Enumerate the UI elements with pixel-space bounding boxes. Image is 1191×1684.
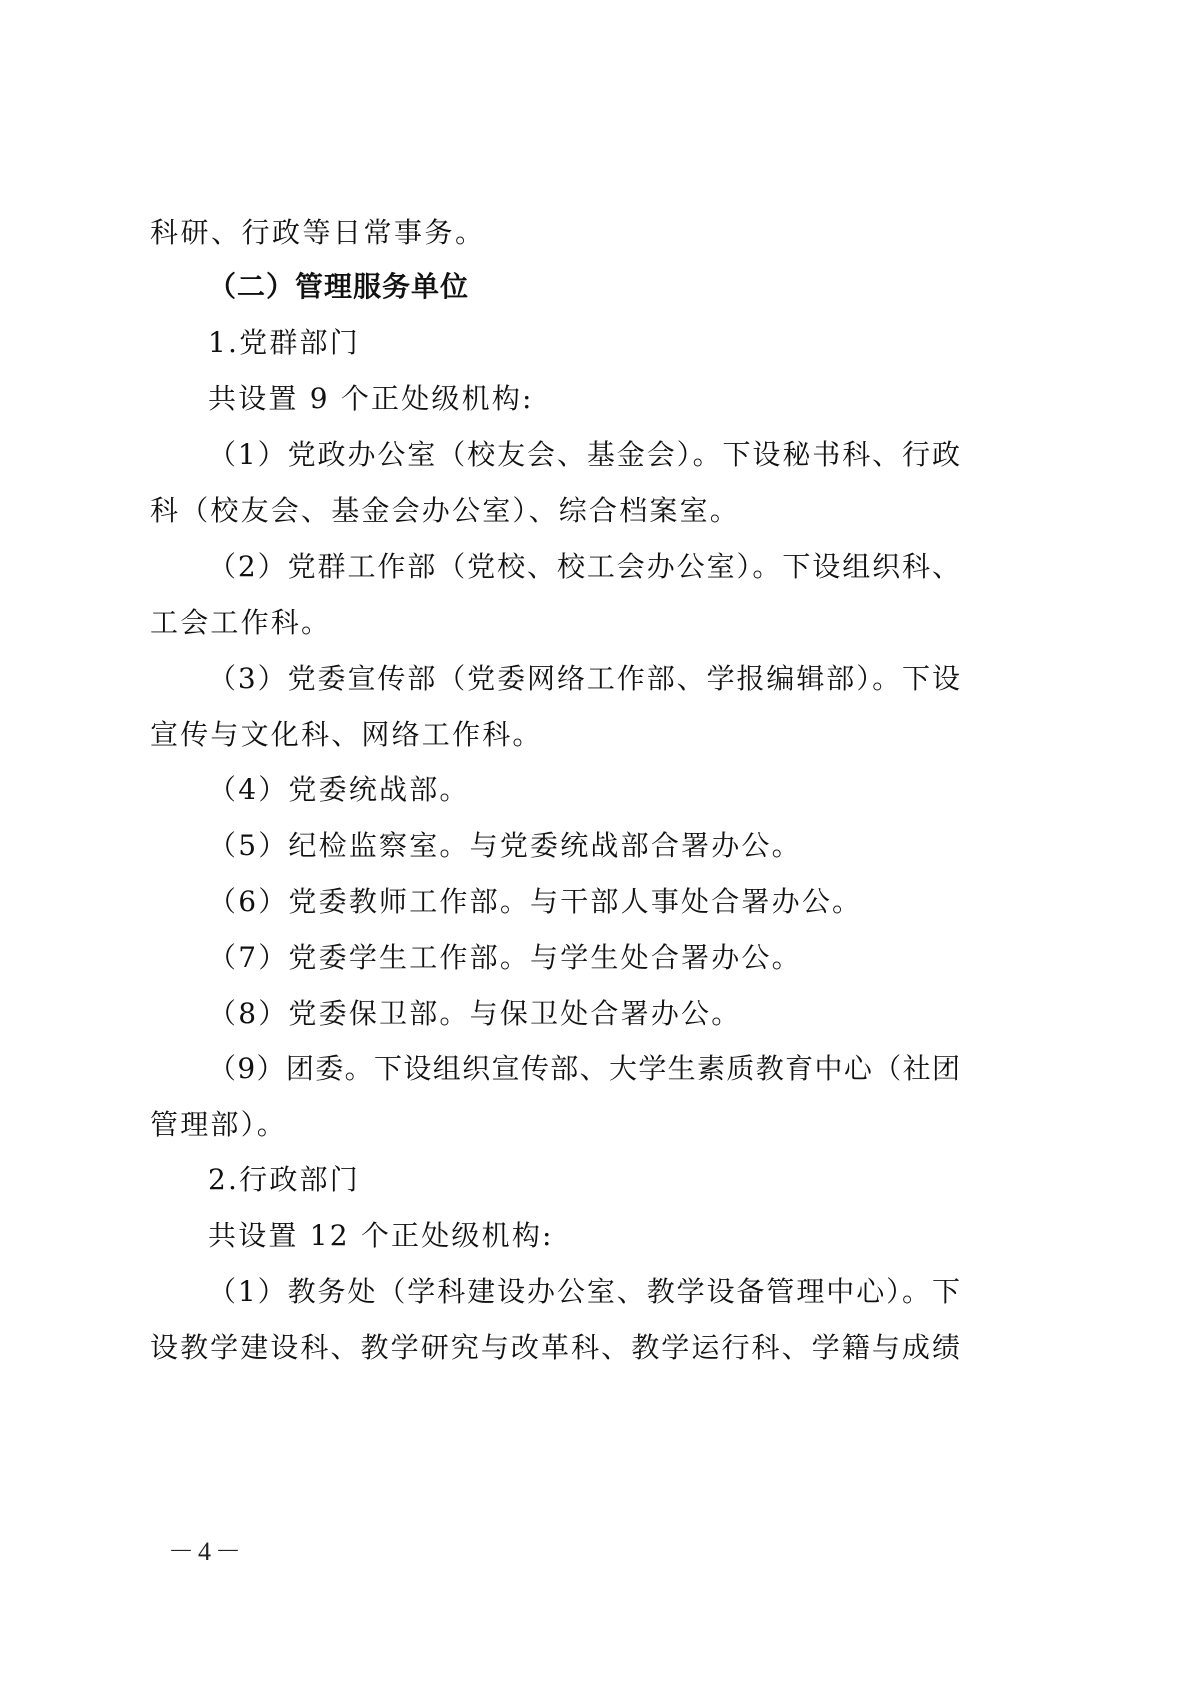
list-item-7: （7）党委学生工作部。与学生处合署办公。 (208, 938, 960, 978)
paragraph-admin-count: 共设置 12 个正处级机构: (208, 1216, 960, 1256)
list-item-6: （6）党委教师工作部。与干部人事处合署办公。 (208, 882, 960, 922)
list-item-2-line-1: （2）党群工作部（党校、校工会办公室）。下设组织科、 (208, 547, 960, 587)
admin-list-item-1-line-2: 设教学建设科、教学研究与改革科、教学运行科、学籍与成绩 (150, 1328, 960, 1368)
list-item-9-line-2: 管理部）。 (150, 1105, 960, 1145)
list-item-8: （8）党委保卫部。与保卫处合署办公。 (208, 994, 960, 1034)
list-item-1-line-1: （1）党政办公室（校友会、基金会）。下设秘书科、行政 (208, 435, 960, 475)
subsection-heading-admin-departments: 2.行政部门 (208, 1160, 960, 1200)
list-item-4: （4）党委统战部。 (208, 770, 960, 810)
list-item-2-line-2: 工会工作科。 (150, 603, 960, 643)
list-item-9-line-1: （9）团委。下设组织宣传部、大学生素质教育中心（社团 (208, 1049, 960, 1089)
list-item-5: （5）纪检监察室。与党委统战部合署办公。 (208, 826, 960, 866)
list-item-3-line-1: （3）党委宣传部（党委网络工作部、学报编辑部）。下设 (208, 659, 960, 699)
list-item-1-line-2: 科（校友会、基金会办公室）、综合档案室。 (150, 491, 960, 531)
document-page: 科研、行政等日常事务。 （二）管理服务单位 1.党群部门 共设置 9 个正处级机… (0, 0, 1191, 1684)
subsection-heading-party-departments: 1.党群部门 (208, 323, 960, 363)
admin-list-item-1-line-1: （1）教务处（学科建设办公室、教学设备管理中心）。下 (208, 1272, 960, 1312)
paragraph-party-count: 共设置 9 个正处级机构: (208, 379, 960, 419)
section-heading: （二）管理服务单位 (208, 267, 1018, 307)
list-item-3-line-2: 宣传与文化科、网络工作科。 (150, 715, 960, 755)
text-line-continuation: 科研、行政等日常事务。 (150, 213, 470, 253)
page-number: －4－ (168, 1534, 245, 1570)
